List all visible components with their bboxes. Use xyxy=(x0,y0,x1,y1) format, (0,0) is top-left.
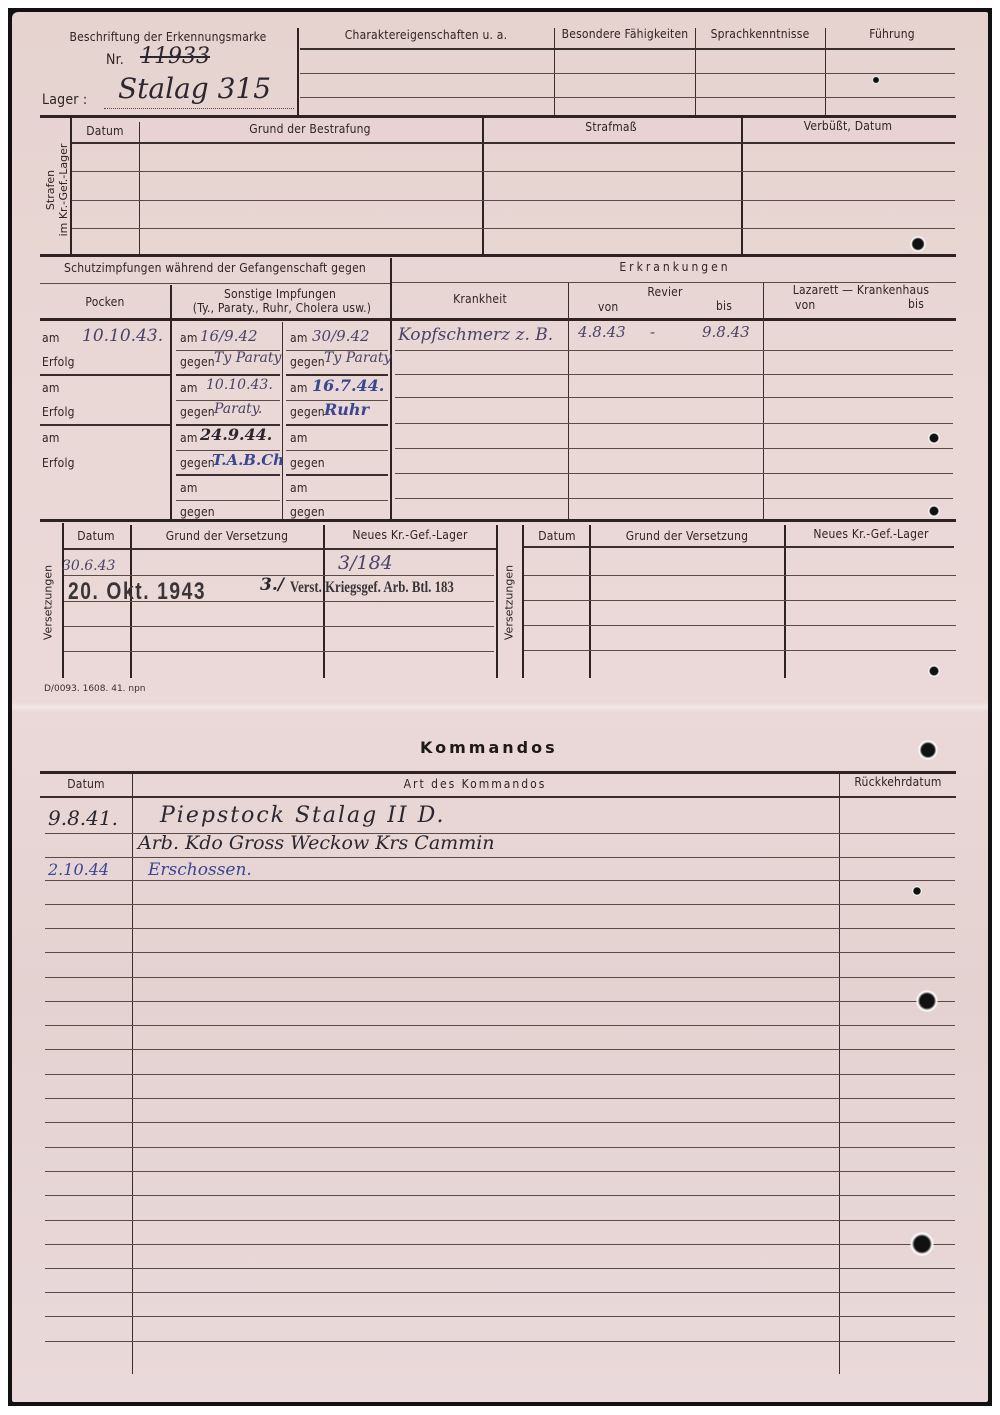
nr-value: 11933 xyxy=(140,44,210,69)
other-am-label: am xyxy=(290,481,308,495)
other-am-label: am xyxy=(290,431,308,445)
other-gegen-label: gegen xyxy=(180,505,215,519)
bullet-hole xyxy=(928,505,940,517)
pocken-erfolg-label: Erfolg xyxy=(42,355,75,369)
other-gegen-label: gegen xyxy=(290,355,325,369)
col-verbuesst: Verbüßt, Datum xyxy=(804,119,892,133)
col-art: Art des Kommandos xyxy=(404,777,547,791)
col-fuehrung: Führung xyxy=(869,27,915,41)
pocken-erfolg-label: Erfolg xyxy=(42,456,75,470)
col-strafmass: Strafmaß xyxy=(585,120,636,134)
col-datum: Datum xyxy=(86,124,124,138)
kommando-date: 2.10.44 xyxy=(48,860,109,879)
other-against: Paraty. xyxy=(214,401,262,417)
bullet-hole xyxy=(872,76,880,84)
other-am-label: am xyxy=(290,331,308,345)
col-datum-right: Datum xyxy=(538,529,576,543)
transfer-date-handwritten: 30.6.43 xyxy=(62,558,115,574)
other-gegen-label: gegen xyxy=(180,456,215,470)
revier-dash: - xyxy=(650,323,655,341)
col-grund-versetzung-right: Grund der Versetzung xyxy=(626,529,748,543)
other-gegen-label: gegen xyxy=(180,405,215,419)
col-sprachen: Sprachkenntnisse xyxy=(711,27,810,41)
other-gegen-label: gegen xyxy=(290,505,325,519)
other-am-label: am xyxy=(180,331,198,345)
lazarett-bis: bis xyxy=(908,297,924,311)
transfer-camp-handwritten: 3/184 xyxy=(338,552,393,574)
pocken-am-label: am xyxy=(42,331,60,345)
revier-bis: bis xyxy=(716,299,732,313)
transfers-side-label: Versetzungen xyxy=(42,553,55,653)
col-datum: Datum xyxy=(67,777,105,791)
bullet-hole xyxy=(912,886,922,896)
lager-dotted-line xyxy=(104,108,294,109)
pocken-am-label: am xyxy=(42,381,60,395)
other-date: 24.9.44. xyxy=(200,425,272,444)
bullet-hole xyxy=(916,990,938,1012)
pocken-date: 10.10.43. xyxy=(82,326,163,346)
kommando-entry: Arb. Kdo Gross Weckow Krs Cammin xyxy=(138,832,495,854)
kommando-entry: Piepstock Stalag II D. xyxy=(160,803,445,828)
lager-value: Stalag 315 xyxy=(118,72,271,105)
col-grund: Grund der Bestrafung xyxy=(249,122,370,136)
illness-name: Kopfschmerz z. B. xyxy=(398,325,553,345)
pocken-am-label: am xyxy=(42,431,60,445)
penalties-side-label: Strafen im Kr.-Gef.-Lager xyxy=(44,125,70,255)
kommandos-title: Kommandos xyxy=(420,738,558,757)
kommando-date: 9.8.41. xyxy=(48,806,118,830)
other-am-label: am xyxy=(290,381,308,395)
other-date: 10.10.43. xyxy=(206,377,273,393)
col-grund-versetzung: Grund der Versetzung xyxy=(166,529,288,543)
lager-label: Lager : xyxy=(42,92,87,108)
col-krankheit: Krankheit xyxy=(453,292,507,306)
col-charakter: Charaktereigenschaften u. a. xyxy=(345,28,507,42)
other-gegen-label: gegen xyxy=(290,405,325,419)
stamp-prefix: 3./ xyxy=(260,575,284,595)
other-date: 30/9.42 xyxy=(312,327,370,345)
col-datum: Datum xyxy=(77,529,115,543)
other-am-label: am xyxy=(180,381,198,395)
col-faehigkeiten: Besondere Fähigkeiten xyxy=(562,27,689,41)
transfers-side-label-right: Versetzungen xyxy=(503,553,516,653)
col-sonstige-sub: (Ty., Paraty., Ruhr, Cholera usw.) xyxy=(193,301,371,315)
bullet-hole xyxy=(910,1232,934,1256)
lazarett-von: von xyxy=(795,298,815,312)
revier-from-date: 4.8.43 xyxy=(578,323,626,341)
other-gegen-label: gegen xyxy=(290,456,325,470)
col-neues-lager: Neues Kr.-Gef.-Lager xyxy=(352,528,467,542)
other-against: Ruhr xyxy=(324,400,369,419)
col-sonstige: Sonstige Impfungen xyxy=(224,287,336,301)
bullet-hole xyxy=(918,740,938,760)
other-am-label: am xyxy=(180,431,198,445)
col-lazarett: Lazarett — Krankenhaus xyxy=(793,283,929,297)
bullet-hole xyxy=(910,236,926,252)
other-against: T.A.B.Ch xyxy=(212,451,284,469)
other-gegen-label: gegen xyxy=(180,355,215,369)
nr-label: Nr. xyxy=(106,52,124,68)
other-date: 16/9.42 xyxy=(200,327,258,345)
col-neues-lager-right: Neues Kr.-Gef.-Lager xyxy=(813,527,928,541)
bullet-hole xyxy=(928,665,940,677)
col-revier: Revier xyxy=(647,285,682,299)
other-date: 16.7.44. xyxy=(312,376,384,395)
illnesses-title: Erkrankungen xyxy=(619,260,730,274)
kommando-entry: Erschossen. xyxy=(148,860,252,880)
other-am-label: am xyxy=(180,481,198,495)
col-pocken: Pocken xyxy=(85,295,124,309)
bullet-hole xyxy=(928,432,940,444)
pocken-erfolg-label: Erfolg xyxy=(42,405,75,419)
transfer-camp-stamp: Verst. Kriegsgef. Arb. Btl. 183 xyxy=(290,579,454,597)
other-against: Ty Paraty xyxy=(324,350,391,366)
other-against: Ty Paraty xyxy=(214,350,281,366)
col-rueckkehr: Rückkehrdatum xyxy=(854,775,941,789)
vaccinations-title: Schutzimpfungen während der Gefangenscha… xyxy=(64,261,366,275)
revier-von: von xyxy=(598,300,618,314)
tag-label: Beschriftung der Erkennungsmarke xyxy=(69,30,266,44)
paper-fold xyxy=(12,702,988,712)
print-mark: D/0093. 1608. 41. npn xyxy=(44,684,146,694)
revier-to-date: 9.8.43 xyxy=(702,323,750,341)
